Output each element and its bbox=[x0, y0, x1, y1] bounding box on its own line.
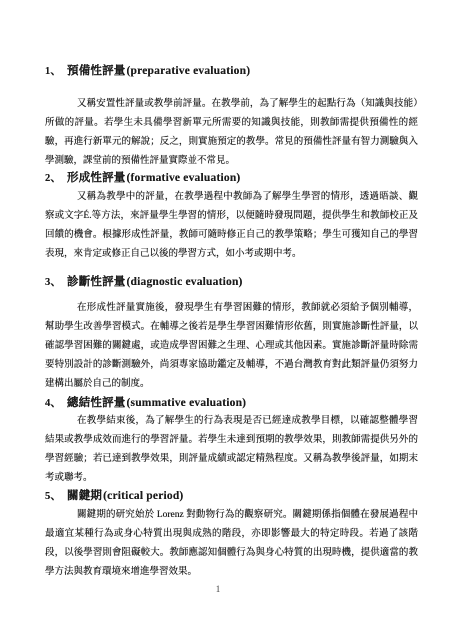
section-5-title-english: (critical period) bbox=[103, 489, 183, 504]
section-3-number: 3、 bbox=[45, 275, 67, 290]
section-5-paragraph: 關鍵期的研究始於 Lorenz 對動物行為的觀察研究。關鍵期係指個體在發展過程中… bbox=[45, 506, 418, 582]
section-5-title: 關鍵期 bbox=[67, 489, 102, 504]
section-1-heading: 1、 預備性評量 (preparative evaluation) bbox=[45, 64, 418, 79]
section-4-number: 4、 bbox=[45, 396, 67, 411]
section-4-paragraph: 在教學結束後，為了解學生的行為表現是否已經達成教學目標，以確認整體學習結果或教學… bbox=[45, 412, 418, 488]
section-3-paragraph: 在形成性評量實施後，發現學生有學習困難的情形，教師就必須給予個別輔導，幫助學生改… bbox=[45, 299, 418, 394]
section-4-title: 總結性評量 bbox=[67, 396, 126, 411]
section-1-paragraph: 又稱安置性評量或教學前評量。在教學前，為了解學生的起點行為（知識與技能）所做的評… bbox=[45, 95, 418, 171]
section-2-paragraph: 又稱為教學中的評量，在教學過程中教師為了解學生學習的情形，透過晤談、觀察或文字É… bbox=[45, 188, 418, 264]
section-3-title: 診斷性評量 bbox=[67, 275, 126, 290]
section-4-heading: 4、 總結性評量 (summative evaluation) bbox=[45, 396, 418, 411]
section-1-title-english: (preparative evaluation) bbox=[127, 64, 251, 79]
section-5-heading: 5、 關鍵期 (critical period) bbox=[45, 489, 418, 504]
section-3-heading: 3、 診斷性評量 (diagnostic evaluation) bbox=[45, 275, 418, 290]
section-2-title-english: (formative evaluation) bbox=[127, 171, 241, 186]
section-4-title-english: (summative evaluation) bbox=[127, 396, 247, 411]
section-2-heading: 2、 形成性評量 (formative evaluation) bbox=[45, 171, 418, 186]
section-1-title: 預備性評量 bbox=[67, 64, 126, 79]
section-2-number: 2、 bbox=[45, 171, 67, 186]
document-page: 1、 預備性評量 (preparative evaluation) 又稱安置性評… bbox=[0, 0, 453, 640]
section-1-number: 1、 bbox=[45, 64, 67, 79]
section-5-number: 5、 bbox=[45, 489, 67, 504]
section-3-title-english: (diagnostic evaluation) bbox=[127, 275, 243, 290]
section-2-title: 形成性評量 bbox=[67, 171, 126, 186]
page-number: 1 bbox=[0, 584, 436, 594]
